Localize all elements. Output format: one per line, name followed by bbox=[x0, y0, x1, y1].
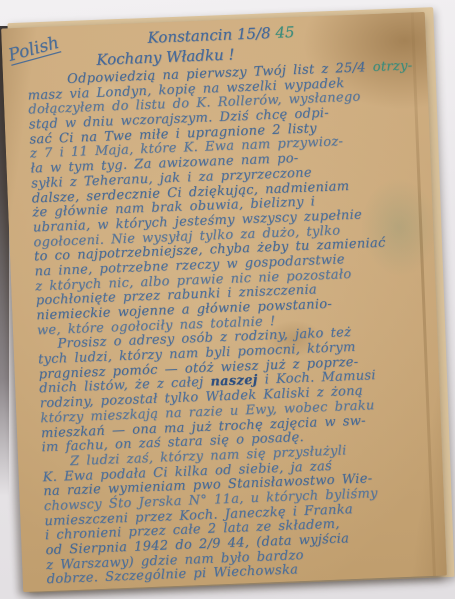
letter-body: Odpowiedzią na pierwszy Twój list z 25/4… bbox=[27, 59, 435, 588]
date-year: 45 bbox=[275, 23, 295, 42]
place-date: Konstancin 15/8 bbox=[147, 24, 271, 47]
letter-content: Konstancin 15/8 45 Kochany Władku ! Odpo… bbox=[1, 12, 447, 592]
photo-of-letter: Polish Konstancin 15/8 45 Kochany Władku… bbox=[0, 0, 455, 599]
letter-paper: Polish Konstancin 15/8 45 Kochany Władku… bbox=[1, 12, 447, 592]
line-accent-text: otrzy- bbox=[372, 58, 412, 75]
